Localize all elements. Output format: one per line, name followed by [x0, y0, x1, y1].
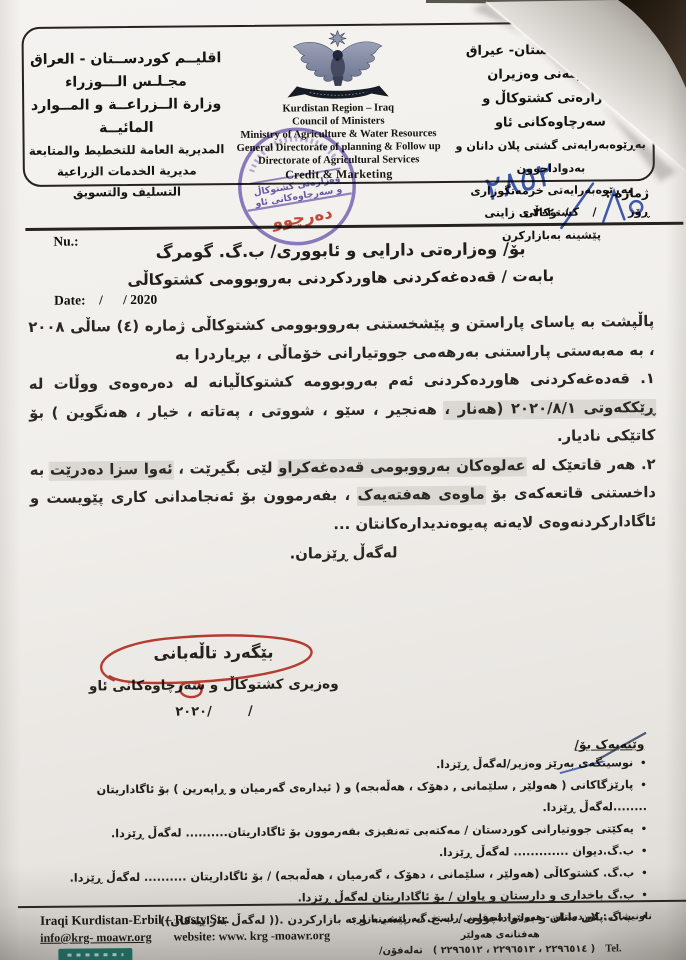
- pen-stroke-on-item: [556, 756, 606, 776]
- bullet-icon: •: [640, 780, 647, 791]
- body-text: ١. قەدەغەکردنی هاوردەکردنی ئەم بەروبوومە…: [29, 370, 655, 393]
- copy-to-item: •پارێزگاکانی ( هەولێر , سلێمانی , دهۆک ،…: [33, 774, 659, 824]
- bullet-icon: •: [641, 846, 648, 857]
- copy-to-text: ب.گ.دیوان ............. لەگەڵ ڕێزدا.: [439, 844, 634, 859]
- arabic-line: مديرية الخدمات الزراعية: [25, 160, 229, 183]
- body-intro: پاڵپشت بە یاسای پاراستن و پێشخستنی بەروو…: [28, 308, 655, 371]
- signature-date: / /٢٠٢٠: [64, 703, 364, 721]
- highlighted-text: ئەوا سزا دەدرێت: [50, 460, 173, 478]
- footer-website: website: www. krg -moawr.org: [173, 928, 330, 945]
- highlighted-text: ماوەی هەفتەیەک: [357, 486, 484, 504]
- body-item-2: ٢. هەر قاتعێک لە عەلوەکان بەرووبومی قەدە…: [30, 451, 657, 543]
- page-curl-corner: [426, 0, 686, 200]
- footer-telephone-line: /تەلەفۆن ( ٢٢٩٦٥١٤ ، ٢٢٩٦٥١٣ ، ٢٢٩٦٥١٢ )…: [326, 943, 674, 957]
- signature-block: بێگەرد تاڵەبانی وەزیری کشتوکاڵ و سەرچاوە…: [63, 642, 364, 721]
- tel-label-kurdish: /تەلەفۆن: [379, 946, 423, 957]
- closing-line: لەگەڵ ڕێزمان.: [30, 537, 656, 572]
- highlighted-text: ڕێککەوتی ٢٠٢٠/٨/١ (هەنار ،: [444, 399, 655, 418]
- arabic-line: المديرية العامة للتخطيط والمتابعة: [25, 139, 229, 162]
- subject-line: بابەت / قەدەغەکردنی هاوردکردنی بەروبوومی…: [0, 266, 684, 291]
- krg-eagle-emblem-icon: [276, 28, 399, 102]
- tel-numbers: ( ٢٢٩٦٥١٤ ، ٢٢٩٦٥١٣ ، ٢٢٩٦٥١٢ ): [433, 944, 596, 957]
- outgoing-stamp: وەزارەتی کشتوکاڵ و سەرچاوەکانی ئاو دەرچو…: [221, 110, 373, 262]
- letter-body: پاڵپشت بە یاسای پاراستن و پێشخستنی بەروو…: [28, 308, 656, 572]
- footer-english-block: Iraqi Kurdistan-Erbil – Rasty Str. info@…: [40, 910, 330, 946]
- body-text: پاڵپشت بە یاسای پاراستن و پێشخستنی بەروو…: [28, 313, 654, 363]
- letterhead-arabic-block: اقليــم كوردســتان - العراق مجـلـس الـــ…: [23, 27, 228, 185]
- body-text: لێی بگیرێت ،: [173, 459, 279, 477]
- footer-kurdish-block: ناونیشان : کوردستان - هەولێر- شەقامی ڕاس…: [326, 909, 674, 958]
- copy-to-text: پارێزگاکانی ( هەولێر , سلێمانی , دهۆک ، …: [97, 778, 647, 814]
- body-item-1: ١. قەدەغەکردنی هاوردەکردنی ئەم بەروبوومە…: [29, 365, 656, 457]
- bullet-icon: •: [641, 824, 648, 835]
- scanned-letter-page: اقليــم كوردســتان - العراق مجـلـس الـــ…: [0, 0, 686, 960]
- highlighted-text: عەلوەکان بەرووبومی قەدەغەکراو: [278, 457, 526, 476]
- arabic-line: وزارة الــزراعــة و المــوارد المائيــة: [24, 93, 228, 141]
- body-text: ٢. هەر قاتعێک لە: [526, 456, 656, 474]
- arabic-line: مجـلـس الـــوزراء: [24, 70, 228, 95]
- arabic-line: اقليــم كوردســتان - العراق: [24, 47, 228, 72]
- copy-to-text: یەکێتی جووتیارانی کوردستان / مەکتەبی تەن…: [111, 822, 634, 840]
- date-line-english: Date: / / 2020: [54, 290, 157, 311]
- handwritten-digit-five: [630, 201, 642, 213]
- sun-icon: [329, 31, 347, 47]
- copy-to-text: ب.گ. کشتوکاڵی (هەولێر ، سلێمانی ، دهۆک ،…: [70, 867, 635, 885]
- footer-email: info@krg- moawr.org: [40, 930, 152, 946]
- footer-address-kurdish: ناونیشان : کوردستان - هەولێر- شەقامی ڕاس…: [326, 909, 674, 946]
- red-signature-scribble: [67, 626, 358, 705]
- tel-label-english: Tel.: [605, 944, 621, 955]
- bullet-icon: •: [641, 868, 648, 879]
- footer-address-english: Iraqi Kurdistan-Erbil – Rasty Str.: [40, 910, 330, 929]
- footer-watermark-strip: [58, 948, 132, 960]
- stamp-center-word: دەرچوو: [269, 202, 334, 233]
